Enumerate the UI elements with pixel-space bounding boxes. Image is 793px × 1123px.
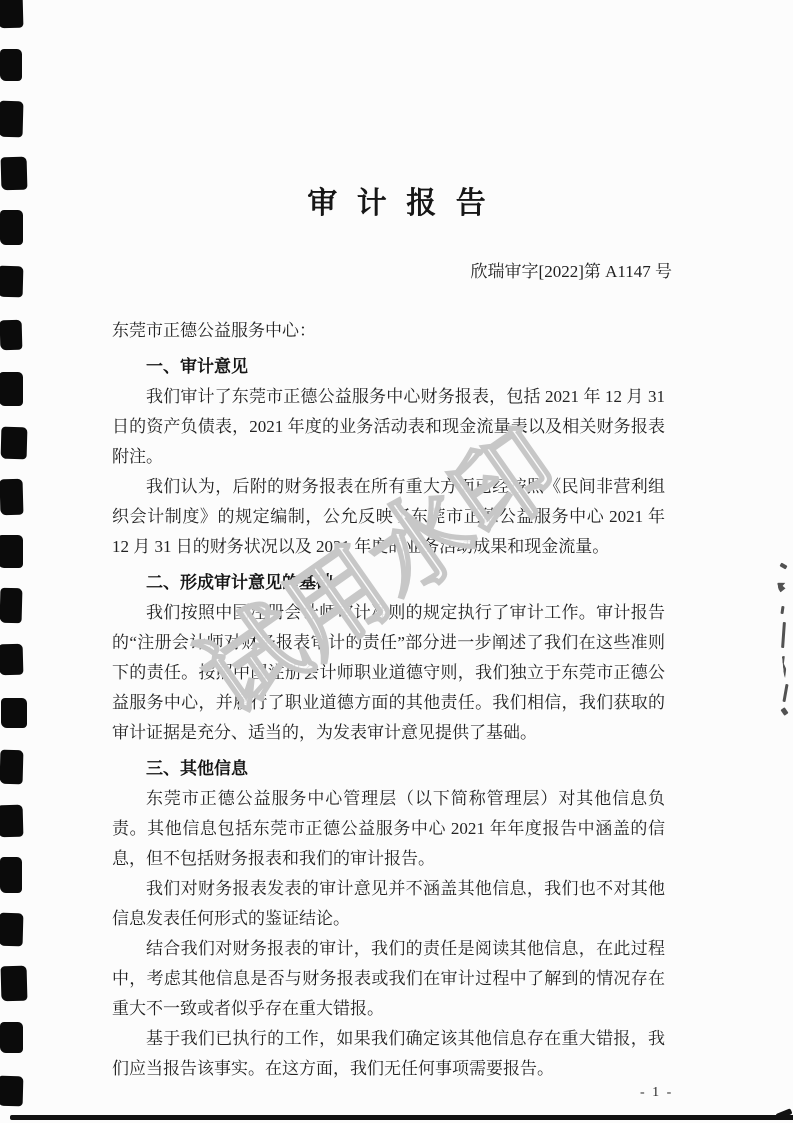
report-reference-number: 欣瑞审字[2022]第 A1147 号 [112,257,672,282]
binding-hole [0,857,22,893]
binding-hole [0,210,23,245]
binding-hole [0,805,23,838]
binding-hole [0,49,22,81]
binding-hole [1,698,27,728]
binding-hole [0,372,23,406]
binding-hole [1,427,28,460]
page-number: - 1 - [640,1085,673,1101]
binding-hole [0,1022,23,1053]
binding-hole [0,535,23,568]
binding-hole [0,1076,23,1107]
binding-hole [0,101,23,138]
handwriting-mark [779,563,787,570]
binding-hole [0,750,23,785]
handwriting-mark [782,656,787,678]
paragraph: 我们对财务报表发表的审计意见并不涵盖其他信息，我们也不对其他信息发表任何形式的鉴… [112,874,665,934]
handwriting-mark [782,684,788,702]
handwriting-mark [780,606,784,614]
paragraph: 结合我们对财务报表的审计，我们的责任是阅读其他信息，在此过程中，考虑其他信息是否… [112,934,665,1024]
section-heading-basis-for-opinion: 二、形成审计意见的基础 [112,568,665,598]
paragraph: 我们按照中国注册会计师审计准则的规定执行了审计工作。审计报告的“注册会计师对财务… [112,598,665,748]
binding-hole [0,0,23,28]
handwriting-mark [781,622,786,648]
binding-hole [0,320,22,351]
section-heading-other-information: 三、其他信息 [112,754,665,784]
binding-hole [0,913,23,947]
binding-holes-strip [0,0,40,1123]
binding-hole [0,644,23,676]
page-title: 审 计 报 告 [0,178,793,222]
addressee-line: 东莞市正德公益服务中心： [112,316,665,346]
paragraph: 我们审计了东莞市正德公益服务中心财务报表，包括 2021 年 12 月 31 日… [112,382,665,472]
handwriting-mark [777,581,787,592]
binding-hole [1,157,28,191]
document-body: 东莞市正德公益服务中心： 一、审计意见 我们审计了东莞市正德公益服务中心财务报表… [112,316,665,1084]
paragraph: 基于我们已执行的工作，如果我们确定该其他信息存在重大错报，我们应当报告该事实。在… [112,1024,665,1084]
section-heading-audit-opinion: 一、审计意见 [112,352,665,382]
scan-edge-shadow-line [10,1115,793,1120]
paragraph: 东莞市正德公益服务中心管理层（以下简称管理层）对其他信息负责。其他信息包括东莞市… [112,784,665,874]
binding-hole [1,966,28,1002]
binding-hole [0,266,23,298]
scanned-audit-report-page: 审 计 报 告 欣瑞审字[2022]第 A1147 号 东莞市正德公益服务中心：… [0,0,793,1123]
binding-hole [0,479,23,516]
margin-handwriting-marks [774,560,792,720]
paragraph: 我们认为，后附的财务报表在所有重大方面已经按照《民间非营利组织会计制度》的规定编… [112,472,665,562]
handwriting-mark [780,707,788,716]
binding-hole [0,588,22,624]
